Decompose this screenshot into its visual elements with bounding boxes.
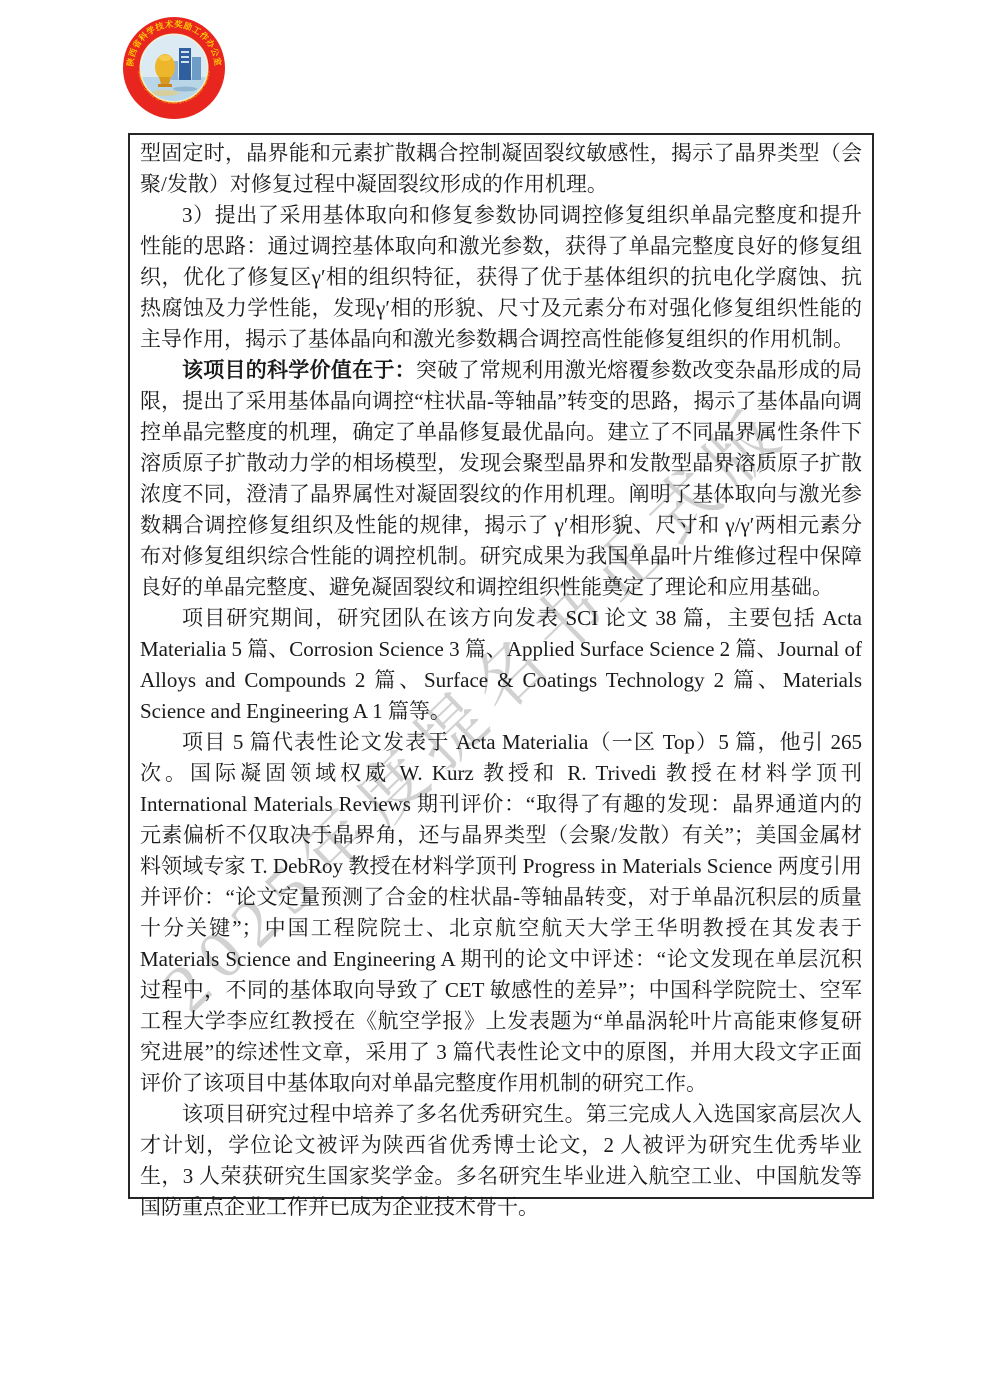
paragraph-continuation: 型固定时，晶界能和元素扩散耦合控制凝固裂纹敏感性，揭示了晶界类型（会聚/发散）对… (140, 138, 862, 200)
paragraph-text: 项目研究期间，研究团队在该方向发表 SCI 论文 38 篇，主要包括 Acta … (140, 606, 862, 723)
award-office-seal-logo: 陕西省科学技术奖励工作办公室 SHAANXI OFFICE OF SCIENCE… (121, 15, 227, 121)
paragraph-sci-papers: 项目研究期间，研究团队在该方向发表 SCI 论文 38 篇，主要包括 Acta … (140, 603, 862, 727)
paragraph-talent-cultivation: 该项目研究过程中培养了多名优秀研究生。第三完成人入选国家高层次人才计划，学位论文… (140, 1099, 862, 1223)
paragraph-representative-papers: 项目 5 篇代表性论文发表于 Acta Materialia（一区 Top）5 … (140, 727, 862, 1099)
paragraph-text: 3）提出了采用基体取向和修复参数协同调控修复组织单晶完整度和提升性能的思路：通过… (140, 203, 862, 351)
paragraph-bold-lead: 该项目的科学价值在于： (182, 358, 416, 382)
paragraph-text: 型固定时，晶界能和元素扩散耦合控制凝固裂纹敏感性，揭示了晶界类型（会聚/发散）对… (140, 141, 862, 196)
seal-logo-icon: 陕西省科学技术奖励工作办公室 SHAANXI OFFICE OF SCIENCE… (121, 15, 227, 121)
document-page: { "logo": { "arc_text_top": "陕西省科学技术奖励工作… (0, 0, 990, 1399)
paragraph-text: 突破了常规利用激光熔覆参数改变杂晶形成的局限，提出了采用基体晶向调控“柱状晶-等… (140, 358, 862, 599)
nomination-text-box: 型固定时，晶界能和元素扩散耦合控制凝固裂纹敏感性，揭示了晶界类型（会聚/发散）对… (128, 133, 874, 1199)
paragraph-scientific-value: 该项目的科学价值在于：突破了常规利用激光熔覆参数改变杂晶形成的局限，提出了采用基… (140, 355, 862, 603)
paragraph-point-3: 3）提出了采用基体取向和修复参数协同调控修复组织单晶完整度和提升性能的思路：通过… (140, 200, 862, 355)
paragraph-text: 该项目研究过程中培养了多名优秀研究生。第三完成人入选国家高层次人才计划，学位论文… (140, 1102, 862, 1219)
seal-center-image (141, 35, 207, 101)
paragraph-text: 项目 5 篇代表性论文发表于 Acta Materialia（一区 Top）5 … (140, 730, 862, 1095)
